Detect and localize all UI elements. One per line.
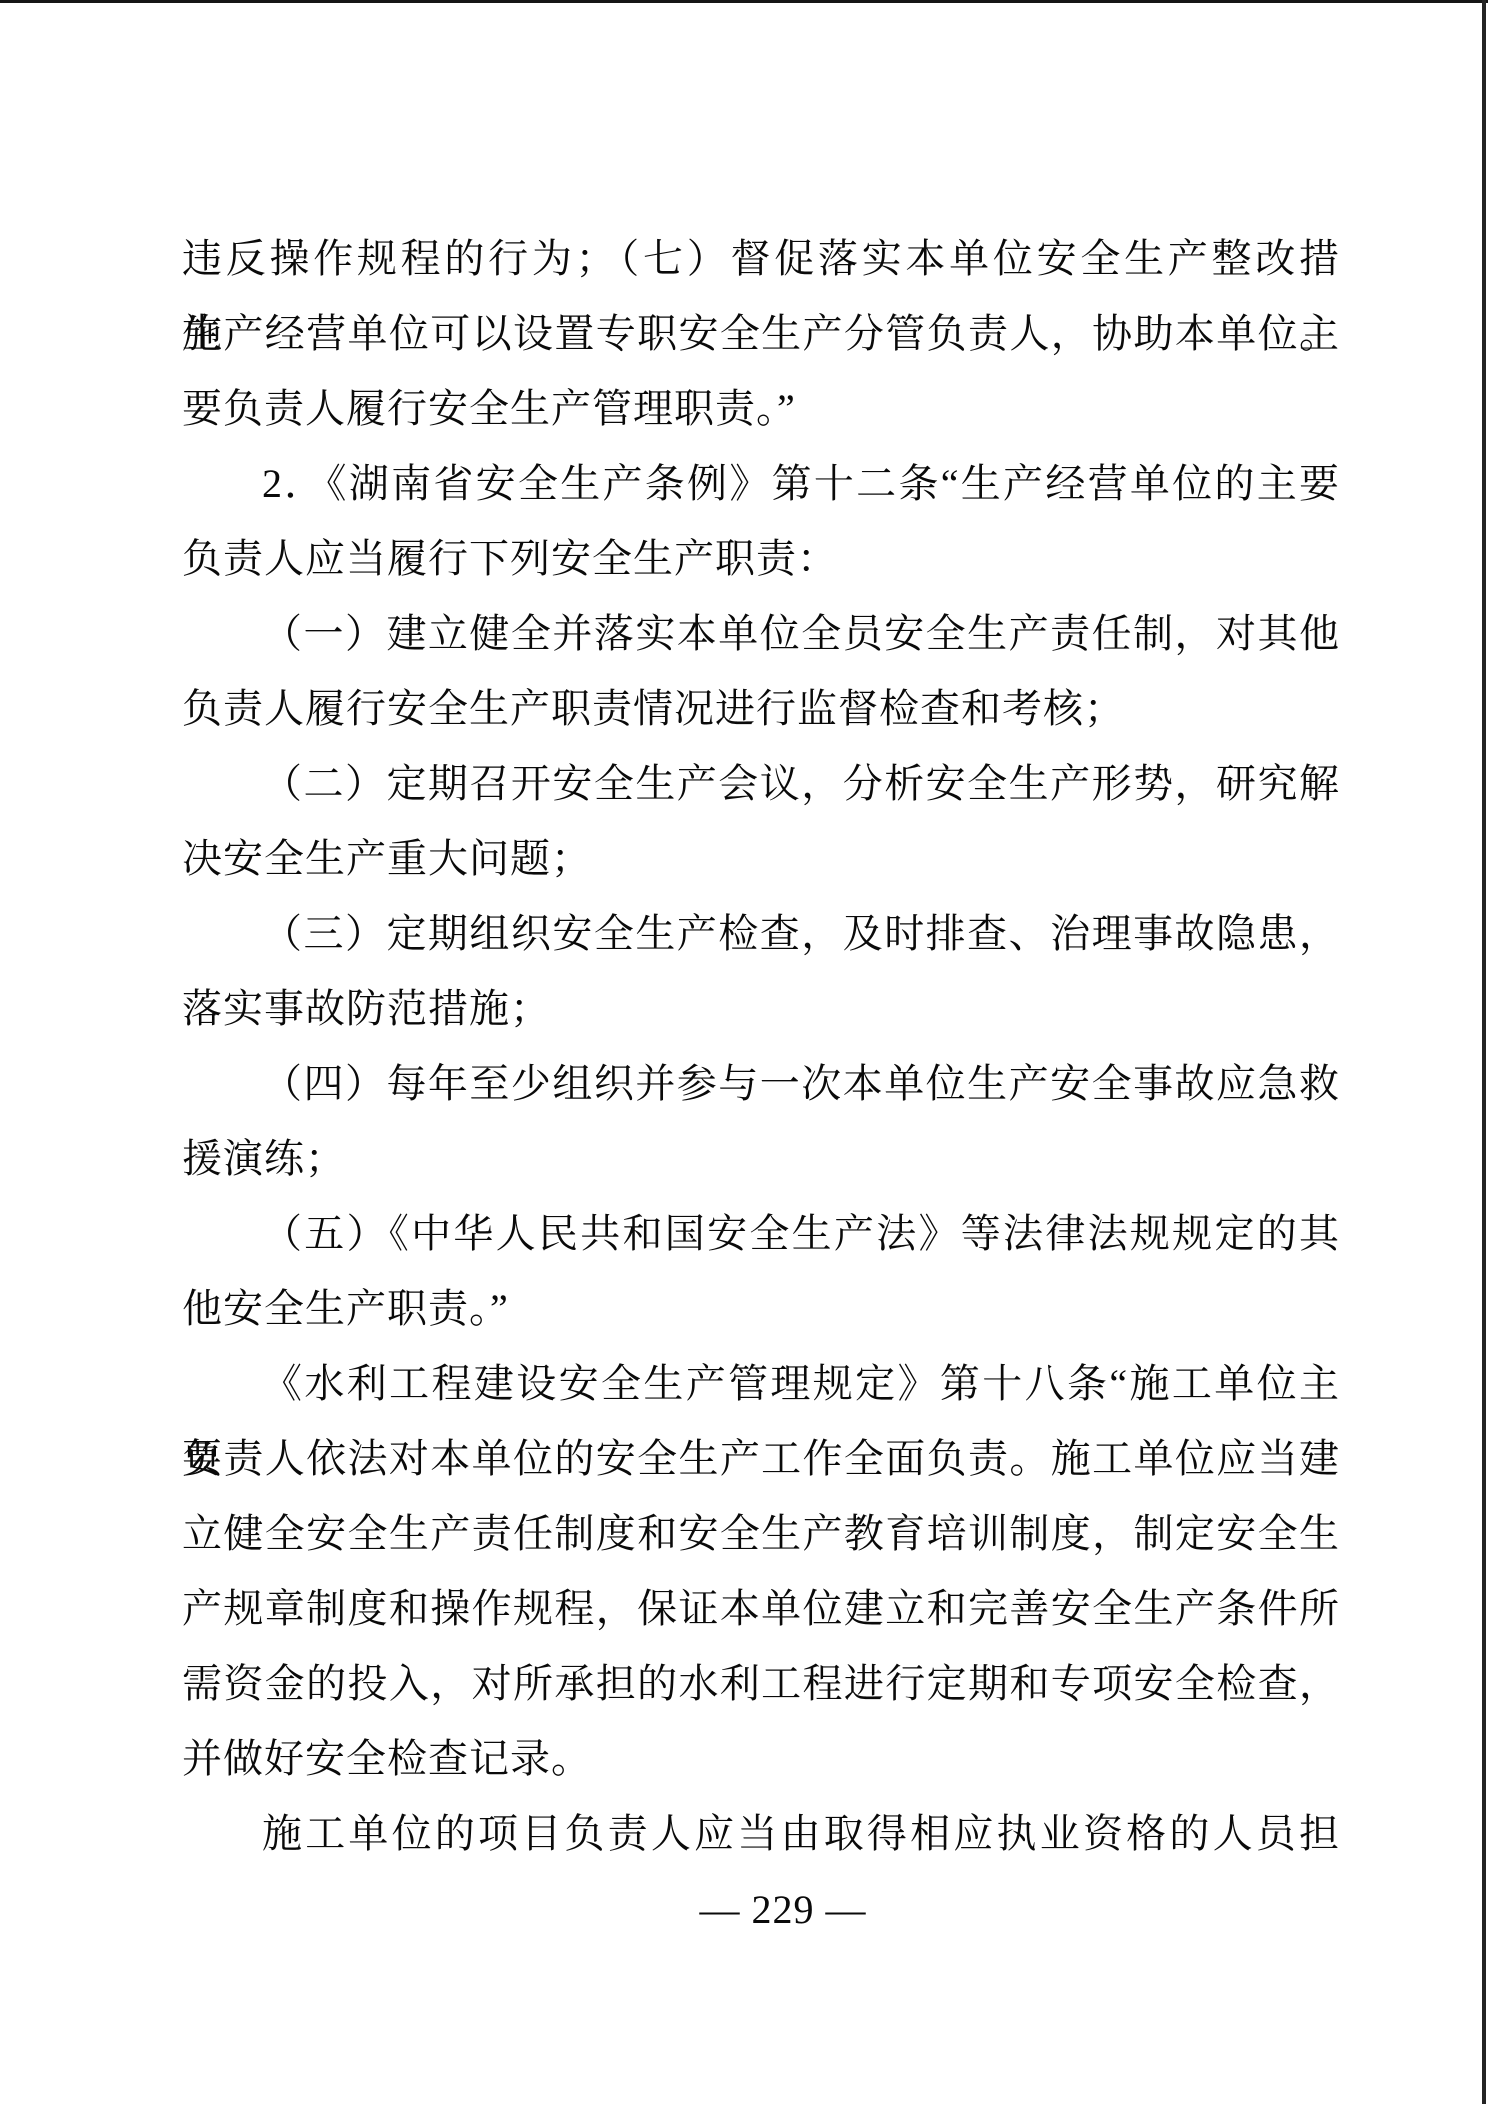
text-line: 落实事故防范措施； <box>182 971 1340 1046</box>
paragraph: （四）每年至少组织并参与一次本单位生产安全事故应急救援演练； <box>182 1046 1340 1196</box>
paragraph: 施工单位的项目负责人应当由取得相应执业资格的人员担 <box>182 1796 1340 1871</box>
text-line: 决安全生产重大问题； <box>182 821 1340 896</box>
paragraph: （二）定期召开安全生产会议，分析安全生产形势，研究解决安全生产重大问题； <box>182 746 1340 896</box>
text-line: 需资金的投入，对所承担的水利工程进行定期和专项安全检查， <box>182 1646 1340 1721</box>
text-line: （四）每年至少组织并参与一次本单位生产安全事故应急救 <box>182 1046 1340 1121</box>
text-line: 2．《湖南省安全生产条例》第十二条“生产经营单位的主要 <box>182 446 1340 521</box>
paragraph: 2．《湖南省安全生产条例》第十二条“生产经营单位的主要负责人应当履行下列安全生产… <box>182 446 1340 596</box>
text-line: 施工单位的项目负责人应当由取得相应执业资格的人员担 <box>182 1796 1340 1871</box>
text-line: （一）建立健全并落实本单位全员安全生产责任制，对其他 <box>182 596 1340 671</box>
page-number: — 229 — <box>182 1886 1384 1934</box>
paragraph: （三）定期组织安全生产检查，及时排查、治理事故隐患，落实事故防范措施； <box>182 896 1340 1046</box>
text-line: 他安全生产职责。” <box>182 1271 1340 1346</box>
paragraph: 违反操作规程的行为；（七）督促落实本单位安全生产整改措施。生产经营单位可以设置专… <box>182 221 1340 446</box>
text-line: 负责人履行安全生产职责情况进行监督检查和考核； <box>182 671 1340 746</box>
text-line: 要负责人履行安全生产管理职责。” <box>182 371 1340 446</box>
scan-edge-top <box>0 0 1488 3</box>
paragraph: （五）《中华人民共和国安全生产法》等法律法规规定的其他安全生产职责。” <box>182 1196 1340 1346</box>
text-line: 并做好安全检查记录。 <box>182 1721 1340 1796</box>
text-line: 负责人依法对本单位的安全生产工作全面负责。施工单位应当建 <box>182 1421 1340 1496</box>
text-line: （二）定期召开安全生产会议，分析安全生产形势，研究解 <box>182 746 1340 821</box>
text-line: 产规章制度和操作规程，保证本单位建立和完善安全生产条件所 <box>182 1571 1340 1646</box>
text-line: （三）定期组织安全生产检查，及时排查、治理事故隐患， <box>182 896 1340 971</box>
text-line: （五）《中华人民共和国安全生产法》等法律法规规定的其 <box>182 1196 1340 1271</box>
scan-edge-right <box>1482 0 1486 2104</box>
text-line: 立健全安全生产责任制度和安全生产教育培训制度，制定安全生 <box>182 1496 1340 1571</box>
text-line: 负责人应当履行下列安全生产职责： <box>182 521 1340 596</box>
text-line: 生产经营单位可以设置专职安全生产分管负责人，协助本单位主 <box>182 296 1340 371</box>
text-line: 《水利工程建设安全生产管理规定》第十八条“施工单位主要 <box>182 1346 1340 1421</box>
paragraph: 《水利工程建设安全生产管理规定》第十八条“施工单位主要负责人依法对本单位的安全生… <box>182 1346 1340 1796</box>
text-line: 违反操作规程的行为；（七）督促落实本单位安全生产整改措施。 <box>182 221 1340 296</box>
paragraph: （一）建立健全并落实本单位全员安全生产责任制，对其他负责人履行安全生产职责情况进… <box>182 596 1340 746</box>
document-body: 违反操作规程的行为；（七）督促落实本单位安全生产整改措施。生产经营单位可以设置专… <box>182 221 1340 1871</box>
text-line: 援演练； <box>182 1121 1340 1196</box>
